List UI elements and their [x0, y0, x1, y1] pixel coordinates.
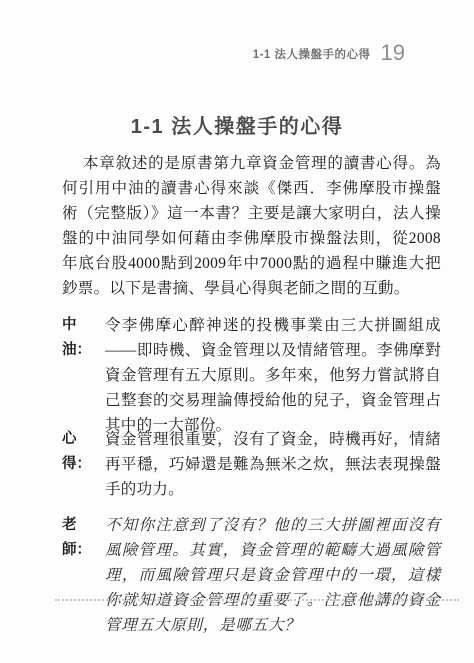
dotted-divider	[55, 599, 459, 601]
speaker-label-laoshi: 老師：	[62, 513, 105, 563]
dialogue-entry-xinde: 心得： 資金管理很重要，沒有了資金，時機再好，情緒再平穩，巧婦還是難為無米之炊，…	[62, 427, 441, 502]
chapter-title: 1-1 法人操盤手的心得	[0, 110, 474, 139]
running-header: 1-1 法人操盤手的心得 19	[253, 42, 405, 64]
dialogue-entry-zhongyou: 中油： 令李佛摩心醉神迷的投機事業由三大拼圖組成——即時機、資金管理以及情緒管理…	[62, 313, 441, 438]
speaker-text-laoshi: 不知你注意到了沒有？他的三大拼圖裡面沒有風險管理。其實，資金管理的範疇大過風險管…	[105, 513, 441, 638]
speaker-label-zhongyou: 中油：	[62, 313, 105, 363]
book-page: 1-1 法人操盤手的心得 19 1-1 法人操盤手的心得 本章敘述的是原書第九章…	[0, 0, 474, 663]
intro-paragraph: 本章敘述的是原書第九章資金管理的讀書心得。為何引用中油的讀書心得來談《傑西．李佛…	[62, 151, 441, 301]
speaker-text-zhongyou: 令李佛摩心醉神迷的投機事業由三大拼圖組成——即時機、資金管理以及情緒管理。李佛摩…	[105, 313, 441, 438]
dialogue-entry-laoshi: 老師： 不知你注意到了沒有？他的三大拼圖裡面沒有風險管理。其實，資金管理的範疇大…	[62, 513, 441, 638]
page-number: 19	[381, 42, 405, 64]
speaker-text-xinde: 資金管理很重要，沒有了資金，時機再好，情緒再平穩，巧婦還是難為無米之炊，無法表現…	[105, 427, 441, 502]
speaker-label-xinde: 心得：	[62, 427, 105, 477]
running-header-title: 1-1 法人操盤手的心得	[253, 44, 371, 62]
